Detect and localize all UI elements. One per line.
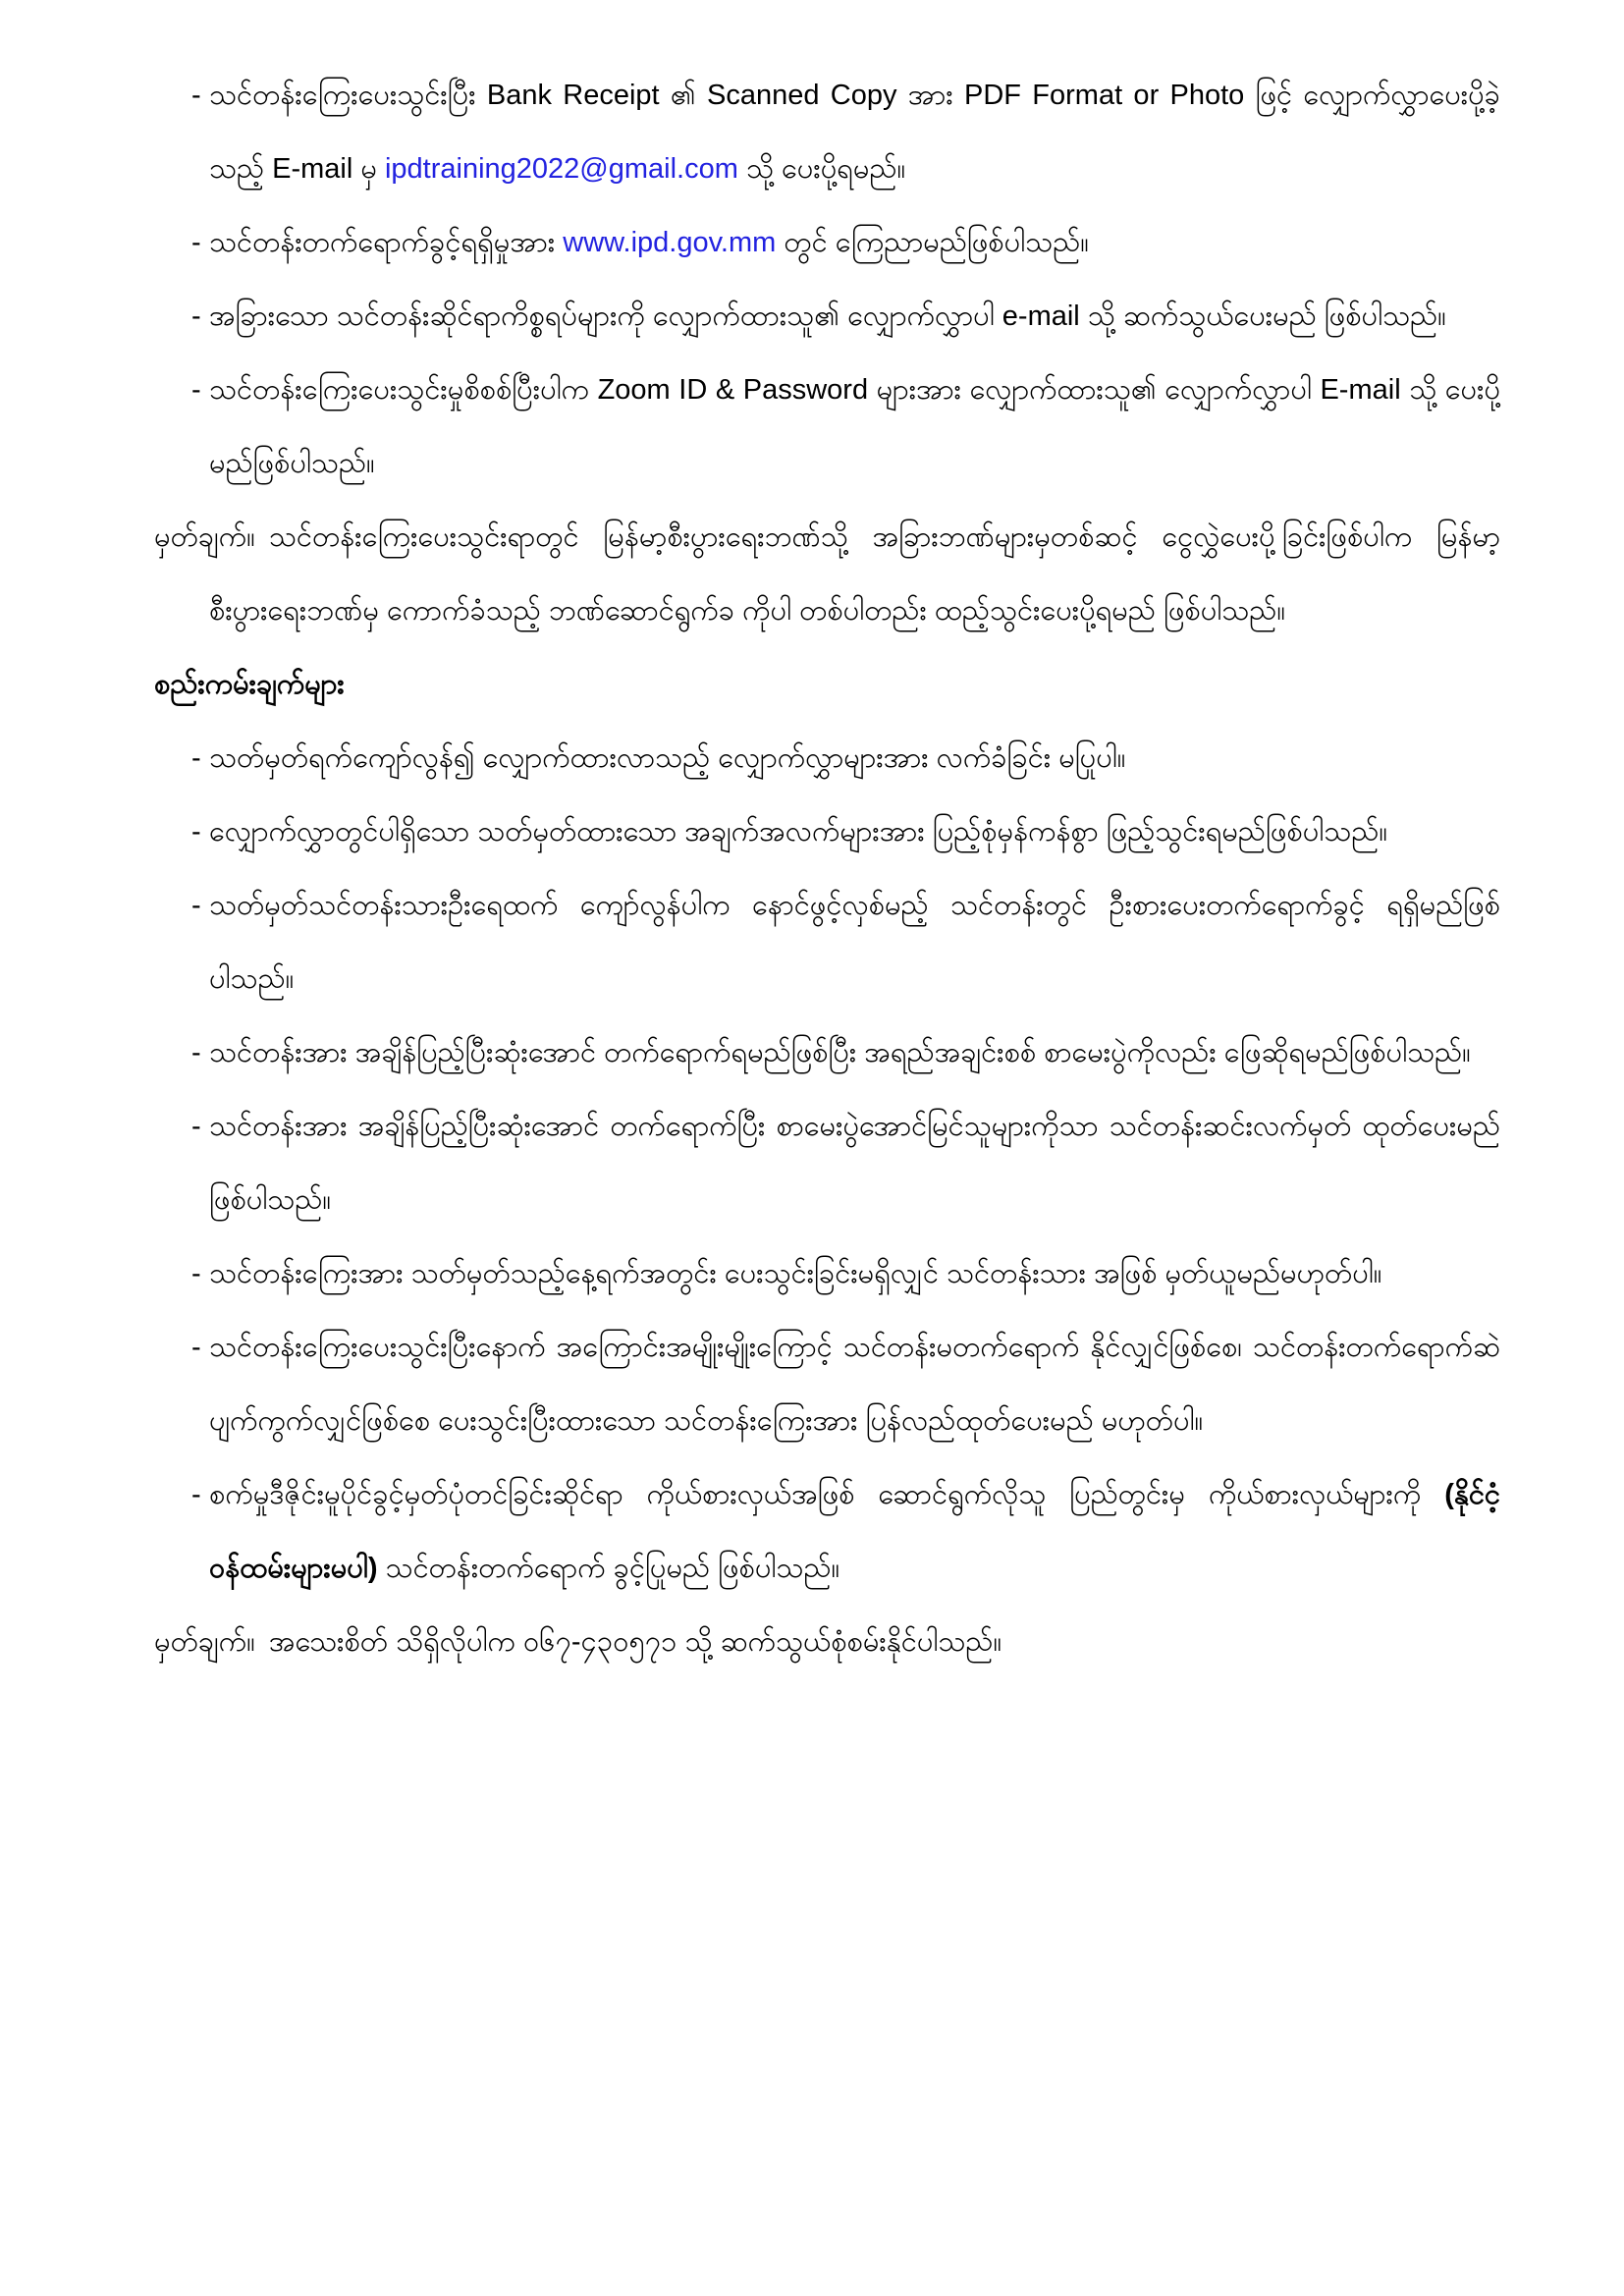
bullet-other-matters-email: - အခြားသော သင်တန်းဆိုင်ရာကိစ္စရပ်များကို… [154,280,1500,354]
bullet-dash-icon: - [191,722,201,795]
rule-agent-eligibility: - စက်မှုဒီဇိုင်းမူပိုင်ခွင့်မှတ်ပုံတင်ခြ… [154,1458,1500,1606]
rule-no-refund: - သင်တန်းကြေးပေးသွင်းပြီးနောက် အကြောင်းအ… [154,1311,1500,1458]
note-label: မှတ်ချက်။ [154,1626,255,1658]
note-text: သို့ ဆက်သွယ်စုံစမ်းနိုင်ပါသည်။ [677,1626,1001,1658]
bullet-dash-icon: - [191,795,201,869]
rule-text: သင်တန်းတက်ရောက် ခွင့်ပြုမည် ဖြစ်ပါသည်။ [377,1553,839,1584]
bullet-zoom-id-password: - သင်တန်းကြေးပေးသွင်းမှုစိစစ်ပြီးပါက Zoo… [154,354,1500,501]
bullet-text: အခြားသော သင်တန်းဆိုင်ရာကိစ္စရပ်များကို လ… [209,301,1446,332]
rule-text: သတ်မှတ်ရက်ကျော်လွန်၍ လျှောက်ထားလာသည့် လျ… [209,742,1126,774]
bullet-dash-icon: - [191,206,201,280]
bullet-dash-icon: - [191,1311,201,1385]
bullet-dash-icon: - [191,354,201,427]
rule-text: သတ်မှတ်သင်တန်းသားဦးရေထက် ကျော်လွန်ပါက နေ… [209,890,1500,995]
rule-text: သင်တန်းကြေးအား သတ်မှတ်သည့်နေ့ရက်အတွင်း ပ… [209,1258,1382,1289]
bullet-bank-receipt-email: - သင်တန်းကြေးပေးသွင်းပြီး Bank Receipt ၏… [154,59,1500,206]
bullet-text: သင်တန်းတက်ရောက်ခွင့်ရရှိမှုအား [209,227,563,258]
rules-list: - သတ်မှတ်ရက်ကျော်လွန်၍ လျှောက်ထားလာသည့် … [154,722,1500,1606]
training-email-link[interactable]: ipdtraining2022@gmail.com [385,153,738,185]
rule-full-attendance-exam: - သင်တန်းအား အချိန်ပြည့်ပြီးဆုံးအောင် တက… [154,1016,1500,1090]
phone-number: ၀၆၇-၄၃၀၅၇၁ [523,1626,677,1658]
ipd-website-link[interactable]: www.ipd.gov.mm [563,227,776,258]
rule-certificate-pass-only: - သင်တန်းအား အချိန်ပြည့်ပြီးဆုံးအောင် တက… [154,1090,1500,1237]
bullet-dash-icon: - [191,1090,201,1164]
note-label: မှတ်ချက်။ [154,521,255,553]
bullet-announcement-website: - သင်တန်းတက်ရောက်ခွင့်ရရှိမှုအား www.ipd… [154,206,1500,280]
rule-text: စက်မှုဒီဇိုင်းမူပိုင်ခွင့်မှတ်ပုံတင်ခြင်… [209,1479,1444,1510]
note-text: သင်တန်းကြေးပေးသွင်းရာတွင် မြန်မာ့စီးပွား… [209,521,1500,627]
bullet-dash-icon: - [191,1016,201,1090]
rule-over-quota-priority: - သတ်မှတ်သင်တန်းသားဦးရေထက် ကျော်လွန်ပါက … [154,869,1500,1016]
document-page: - သင်တန်းကြေးပေးသွင်းပြီး Bank Receipt ၏… [0,0,1624,2296]
bullet-dash-icon: - [191,1458,201,1532]
rule-complete-info: - လျှောက်လွှာတွင်ပါရှိသော သတ်မှတ်ထားသော … [154,795,1500,869]
bullet-dash-icon: - [191,280,201,354]
rule-text: သင်တန်းအား အချိန်ပြည့်ပြီးဆုံးအောင် တက်ရ… [209,1111,1500,1216]
note-bank-charges: မှတ်ချက်။သင်တန်းကြေးပေးသွင်းရာတွင် မြန်မ… [154,501,1500,648]
rule-deadline: - သတ်မှတ်ရက်ကျော်လွန်၍ လျှောက်ထားလာသည့် … [154,722,1500,795]
rules-heading: စည်းကမ်းချက်များ [154,648,1500,722]
bullet-dash-icon: - [191,869,201,943]
rule-text: သင်တန်းကြေးပေးသွင်းပြီးနောက် အကြောင်းအမျ… [209,1332,1500,1437]
note-text: အသေးစိတ် သိရှိလိုပါက [269,1626,523,1658]
rule-text: လျှောက်လွှာတွင်ပါရှိသော သတ်မှတ်ထားသော အခ… [209,816,1387,847]
bullet-text: သို့ ပေးပို့ရမည်။ [738,153,905,185]
note-contact-phone: မှတ်ချက်။အသေးစိတ် သိရှိလိုပါက ၀၆၇-၄၃၀၅၇၁… [154,1606,1500,1679]
bullet-text: သင်တန်းကြေးပေးသွင်းမှုစိစစ်ပြီးပါက Zoom … [209,374,1500,479]
rule-fee-payment-deadline: - သင်တန်းကြေးအား သတ်မှတ်သည့်နေ့ရက်အတွင်း… [154,1237,1500,1311]
rule-text: သင်တန်းအား အချိန်ပြည့်ပြီးဆုံးအောင် တက်ရ… [209,1037,1471,1068]
application-steps-list: - သင်တန်းကြေးပေးသွင်းပြီး Bank Receipt ၏… [154,59,1500,501]
bullet-text: တွင် ကြေညာမည်ဖြစ်ပါသည်။ [776,227,1089,258]
bullet-dash-icon: - [191,59,201,133]
bullet-dash-icon: - [191,1237,201,1311]
